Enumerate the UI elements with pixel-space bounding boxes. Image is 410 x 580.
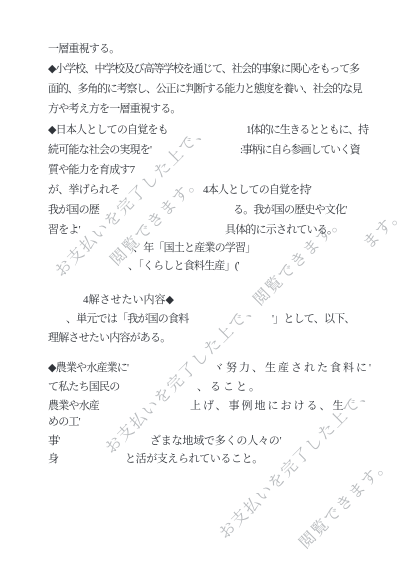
text-line-segment: 続可能な社会の実現を' [48,144,151,157]
text-line-segment: ◆小学校、中学校及び高等学校を通じて、社会的事象に関心をもって多 [48,63,359,76]
payment-watermark-text: 閲覧できます。 [296,454,394,552]
text-line-segment: て私たち国民の [48,381,119,394]
text-line-segment: 上げ、事例地における、生 [190,400,346,413]
text-line-segment: ヾ努力、生産された食料に' [213,362,373,375]
text-line-segment: 事' [48,435,59,448]
text-line-segment: 面的、多角的に考察し、公正に判断する能力と態度を養い、社会的な見 [48,83,362,96]
text-line-segment: 我が国の歴 [48,204,99,217]
text-line-segment: '」として、以下、 [272,313,355,326]
text-line-segment: 、年「国土と産業の学習」 [133,242,255,255]
text-line-segment: 方や考え方を一層重視する。 [48,103,181,116]
text-line-segment: ◆農業や水産業に' [48,362,128,375]
text-line-segment: 1体的に生きるとともに、持 [246,124,368,137]
text-line-segment: :事柄に自ら参画していく資 [240,144,359,157]
text-line-segment: 、単元では「我が国の食料 [66,313,188,326]
payment-watermark-text: ます。 [360,204,409,253]
text-line-segment: る。我が国の歴史や文化' [233,204,346,217]
text-line-segment: 農業や水産 [48,400,99,413]
text-line-segment: めの工' [48,416,80,429]
text-line-segment: 4本人としての自覚を持' [203,184,311,197]
text-line-segment: 4解させたい内容◆ [83,294,174,307]
text-line-segment: 一層重視する。 [48,43,119,56]
text-line-segment: 、「くらしと食料生産」(' [128,260,239,273]
document-page: お支払いを完了した上で、閲覧できます。お支払いを完了した上で、閲覧できます。ます… [0,0,410,580]
text-line-segment: が、挙げられそ [48,184,119,197]
text-line-segment: 質や能力を育成す7 [48,164,134,177]
text-line-segment: ざまな地域で多くの人々の' [150,435,281,448]
text-line-segment: 身 [48,453,58,466]
text-line-segment: 習をよ' [48,224,80,237]
text-line-segment: と活が支えられていること。 [125,453,263,466]
text-line-segment: ◆日本人としての自覚をも [48,124,168,137]
text-line-segment: 理解させたい内容がある。 [48,332,170,345]
text-line-segment: 、ること。 [197,381,262,394]
text-line-segment: 具体的に示されている。 [225,224,337,237]
